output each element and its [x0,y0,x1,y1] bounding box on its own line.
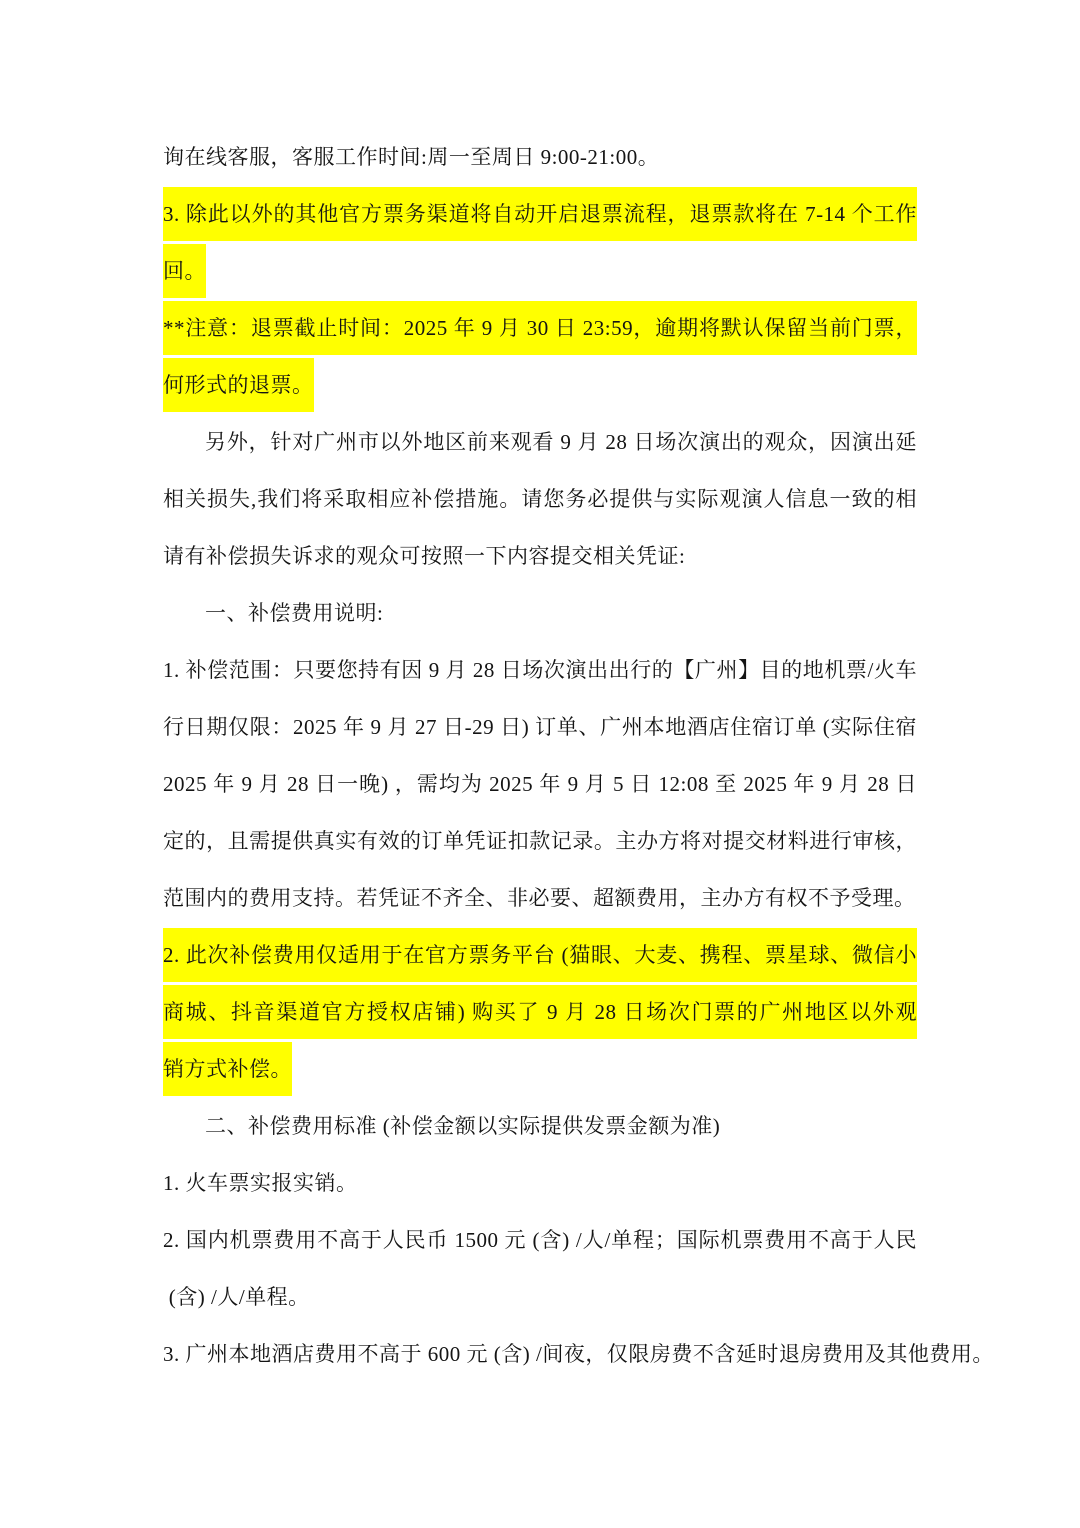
highlighted-text: 何形式的退票。 [163,358,314,412]
text-line: 商城、抖音渠道官方授权店铺) 购买了 9 月 28 日场次门票的广州地区以外观众… [163,984,917,1041]
text-line: 2. 此次补偿费用仅适用于在官方票务平台 (猫眼、大麦、携程、票星球、微信小程序… [163,927,917,984]
text-line: 2. 国内机票费用不高于人民币 1500 元 (含) /人/单程；国际机票费用不… [163,1212,917,1269]
text-line: 何形式的退票。 [163,357,917,414]
text-line: 询在线客服，客服工作时间:周一至周日 9:00-21:00。 [163,129,917,186]
text-line: 定的，且需提供真实有效的订单凭证扣款记录。主办方将对提交材料进行审核，仅承担合理 [163,813,917,870]
text-line: 二、补偿费用标准 (补偿金额以实际提供发票金额为准) [163,1098,917,1155]
text-line: 回。 [163,243,917,300]
text-line: 请有补偿损失诉求的观众可按照一下内容提交相关凭证: [163,528,917,585]
text-line: **注意：退票截止时间：2025 年 9 月 30 日 23:59，逾期将默认保… [163,300,917,357]
text-line: 另外，针对广州市以外地区前来观看 9 月 28 日场次演出的观众，因演出延期所产… [163,414,917,471]
document-page: 询在线客服，客服工作时间:周一至周日 9:00-21:00。3. 除此以外的其他… [0,0,1080,1528]
text-line: 销方式补偿。 [163,1041,917,1098]
highlighted-text: **注意：退票截止时间：2025 年 9 月 30 日 23:59，逾期将默认保… [163,301,917,357]
text-line: 范围内的费用支持。若凭证不齐全、非必要、超额费用，主办方有权不予受理。 [163,870,917,927]
text-line: 行日期仅限：2025 年 9 月 27 日-29 日) 订单、广州本地酒店住宿订… [163,699,917,756]
text-line: 3. 除此以外的其他官方票务渠道将自动开启退票流程，退票款将在 7-14 个工作… [163,186,917,243]
highlighted-text: 回。 [163,244,206,298]
highlighted-text: 销方式补偿。 [163,1042,292,1096]
text-line: 相关损失,我们将采取相应补偿措施。请您务必提供与实际观演人信息一致的相关费用凭证… [163,471,917,528]
highlighted-text: 2. 此次补偿费用仅适用于在官方票务平台 (猫眼、大麦、携程、票星球、微信小程序… [163,928,917,984]
highlighted-text: 3. 除此以外的其他官方票务渠道将自动开启退票流程，退票款将在 7-14 个工作… [163,187,917,243]
text-line: 3. 广州本地酒店费用不高于 600 元 (含) /间夜，仅限房费不含延时退房费… [163,1326,917,1383]
text-line: 1. 火车票实报实销。 [163,1155,917,1212]
highlighted-text: 商城、抖音渠道官方授权店铺) 购买了 9 月 28 日场次门票的广州地区以外观众… [163,985,917,1041]
text-line: 2025 年 9 月 28 日一晚) ，需均为 2025 年 9 月 5 日 1… [163,756,917,813]
text-line: 1. 补偿范围：只要您持有因 9 月 28 日场次演出出行的【广州】目的地机票/… [163,642,917,699]
document-lines: 询在线客服，客服工作时间:周一至周日 9:00-21:00。3. 除此以外的其他… [163,129,917,1383]
text-line: (含) /人/单程。 [163,1269,917,1326]
text-line: 一、补偿费用说明: [163,585,917,642]
